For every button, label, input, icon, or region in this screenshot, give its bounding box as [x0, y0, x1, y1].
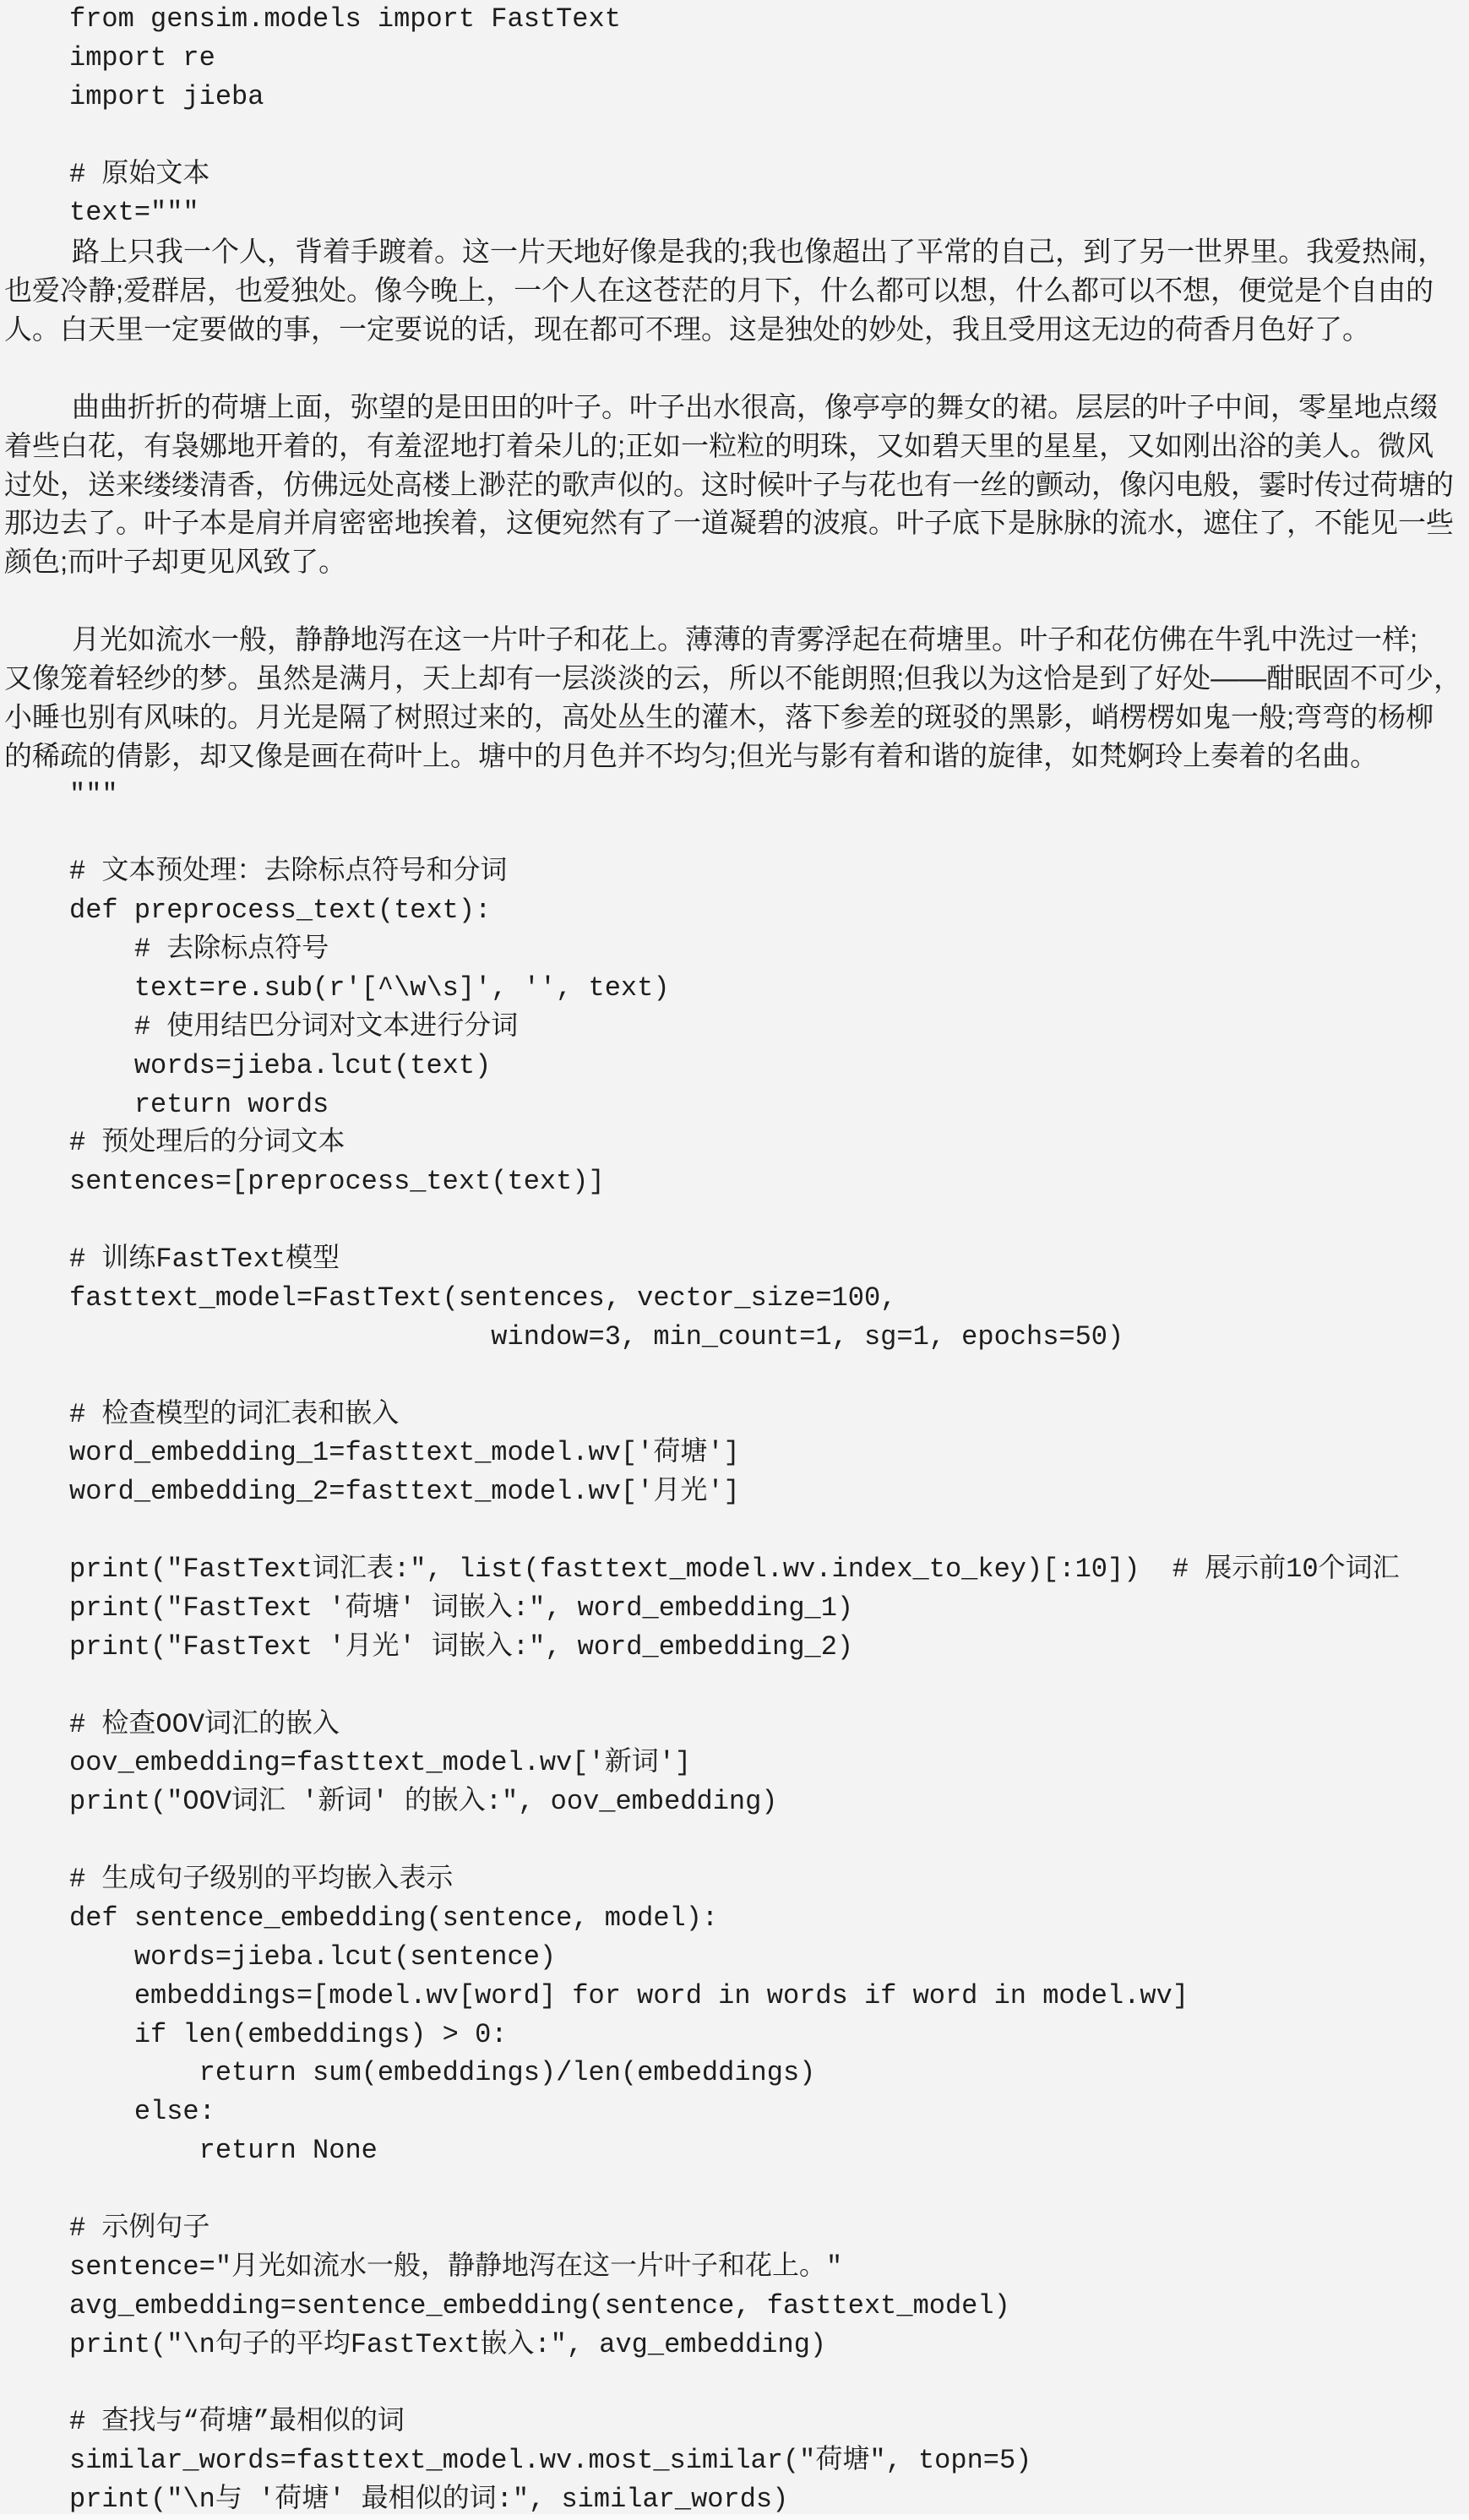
- code-line: sentence="月光如流水一般，静静地泻在这一片叶子和花上。": [4, 2248, 1469, 2287]
- code-line: else:: [4, 2093, 1469, 2131]
- comment-line: # 文本预处理：去除标点符号和分词: [4, 852, 1469, 891]
- code-line: return None: [4, 2131, 1469, 2170]
- blank-line: [4, 2364, 1469, 2403]
- prose-line: 也爱冷静;爱群居，也爱独处。像今晚上，一个人在这苍茫的月下，什么都可以想，什么都…: [4, 271, 1469, 310]
- code-line: embeddings=[model.wv[word] for word in w…: [4, 1977, 1469, 2016]
- code-line: def preprocess_text(text):: [4, 891, 1469, 930]
- prose-line: 的稀疏的倩影，却又像是画在荷叶上。塘中的月色并不均匀;但光与影有着和谐的旋律，如…: [4, 737, 1469, 776]
- prose-line: 着些白花，有袅娜地开着的，有羞涩地打着朵儿的;正如一粒粒的明珠，又如碧天里的星星…: [4, 427, 1469, 465]
- code-line: from gensim.models import FastText: [4, 0, 1469, 39]
- comment-line: # 查找与“荷塘”最相似的词: [4, 2403, 1469, 2441]
- blank-line: [4, 581, 1469, 620]
- code-line: print("FastText词汇表:", list(fasttext_mode…: [4, 1550, 1469, 1589]
- code-line: oov_embedding=fasttext_model.wv['新词']: [4, 1744, 1469, 1783]
- prose-line: 曲曲折折的荷塘上面，弥望的是田田的叶子。叶子出水很高，像亭亭的舞女的裙。层层的叶…: [4, 388, 1469, 427]
- comment-line: # 检查模型的词汇表和嵌入: [4, 1396, 1469, 1434]
- code-line: text=""": [4, 193, 1469, 232]
- comment-line: # 原始文本: [4, 155, 1469, 194]
- blank-line: [4, 814, 1469, 852]
- comment-line: # 检查OOV词汇的嵌入: [4, 1706, 1469, 1744]
- code-line: avg_embedding=sentence_embedding(sentenc…: [4, 2287, 1469, 2326]
- blank-line: [4, 1511, 1469, 1550]
- code-line: word_embedding_1=fasttext_model.wv['荷塘']: [4, 1434, 1469, 1472]
- prose-line: 人。白天里一定要做的事，一定要说的话，现在都可不理。这是独处的妙处，我且受用这无…: [4, 310, 1469, 349]
- code-line: print("\n句子的平均FastText嵌入:", avg_embeddin…: [4, 2326, 1469, 2365]
- code-line: if len(embeddings) > 0:: [4, 2016, 1469, 2055]
- bottom-edge-strip: [0, 2514, 1469, 2520]
- prose-line: 又像笼着轻纱的梦。虽然是满月，天上却有一层淡淡的云，所以不能朗照;但我以为这恰是…: [4, 659, 1469, 698]
- code-line: similar_words=fasttext_model.wv.most_sim…: [4, 2441, 1469, 2480]
- code-line: fasttext_model=FastText(sentences, vecto…: [4, 1279, 1469, 1318]
- code-line: window=3, min_count=1, sg=1, epochs=50): [4, 1318, 1469, 1357]
- code-line: text=re.sub(r'[^\w\s]', '', text): [4, 969, 1469, 1008]
- prose-line: 那边去了。叶子本是肩并肩密密地挨着，这便宛然有了一道凝碧的波痕。叶子底下是脉脉的…: [4, 503, 1469, 542]
- blank-line: [4, 349, 1469, 388]
- code-line: print("\n与 '荷塘' 最相似的词:", similar_words): [4, 2480, 1469, 2519]
- code-line: import re: [4, 39, 1469, 78]
- code-line: print("FastText '月光' 词嵌入:", word_embeddi…: [4, 1628, 1469, 1667]
- blank-line: [4, 1667, 1469, 1706]
- prose-line: 路上只我一个人，背着手踱着。这一片天地好像是我的;我也像超出了平常的自己，到了另…: [4, 232, 1469, 271]
- code-line: """: [4, 776, 1469, 814]
- prose-line: 过处，送来缕缕清香，仿佛远处高楼上渺茫的歌声似的。这时候叶子与花也有一丝的颤动，…: [4, 465, 1469, 504]
- code-line: import jieba: [4, 78, 1469, 117]
- blank-line: [4, 1201, 1469, 1240]
- comment-line: # 训练FastText模型: [4, 1240, 1469, 1279]
- code-listing: from gensim.models import FastTextimport…: [4, 0, 1469, 2519]
- blank-line: [4, 2170, 1469, 2209]
- code-line: words=jieba.lcut(sentence): [4, 1938, 1469, 1977]
- comment-line: # 去除标点符号: [4, 930, 1469, 969]
- comment-line: # 使用结巴分词对文本进行分词: [4, 1008, 1469, 1047]
- comment-line: # 示例句子: [4, 2209, 1469, 2248]
- prose-line: 小睡也别有风味的。月光是隔了树照过来的，高处丛生的灌木，落下参差的斑驳的黑影，峭…: [4, 698, 1469, 737]
- blank-line: [4, 1357, 1469, 1396]
- code-line: def sentence_embedding(sentence, model):: [4, 1899, 1469, 1938]
- blank-line: [4, 1821, 1469, 1860]
- code-line: word_embedding_2=fasttext_model.wv['月光']: [4, 1472, 1469, 1511]
- prose-line: 颜色;而叶子却更见风致了。: [4, 542, 1469, 581]
- prose-line: 月光如流水一般，静静地泻在这一片叶子和花上。薄薄的青雾浮起在荷塘里。叶子和花仿佛…: [4, 620, 1469, 659]
- code-line: sentences=[preprocess_text(text)]: [4, 1162, 1469, 1201]
- code-line: return words: [4, 1086, 1469, 1124]
- code-line: print("OOV词汇 '新词' 的嵌入:", oov_embedding): [4, 1783, 1469, 1821]
- code-line: return sum(embeddings)/len(embeddings): [4, 2054, 1469, 2093]
- code-line: print("FastText '荷塘' 词嵌入:", word_embeddi…: [4, 1589, 1469, 1628]
- code-line: words=jieba.lcut(text): [4, 1047, 1469, 1086]
- blank-line: [4, 117, 1469, 155]
- comment-line: # 预处理后的分词文本: [4, 1124, 1469, 1162]
- comment-line: # 生成句子级别的平均嵌入表示: [4, 1860, 1469, 1899]
